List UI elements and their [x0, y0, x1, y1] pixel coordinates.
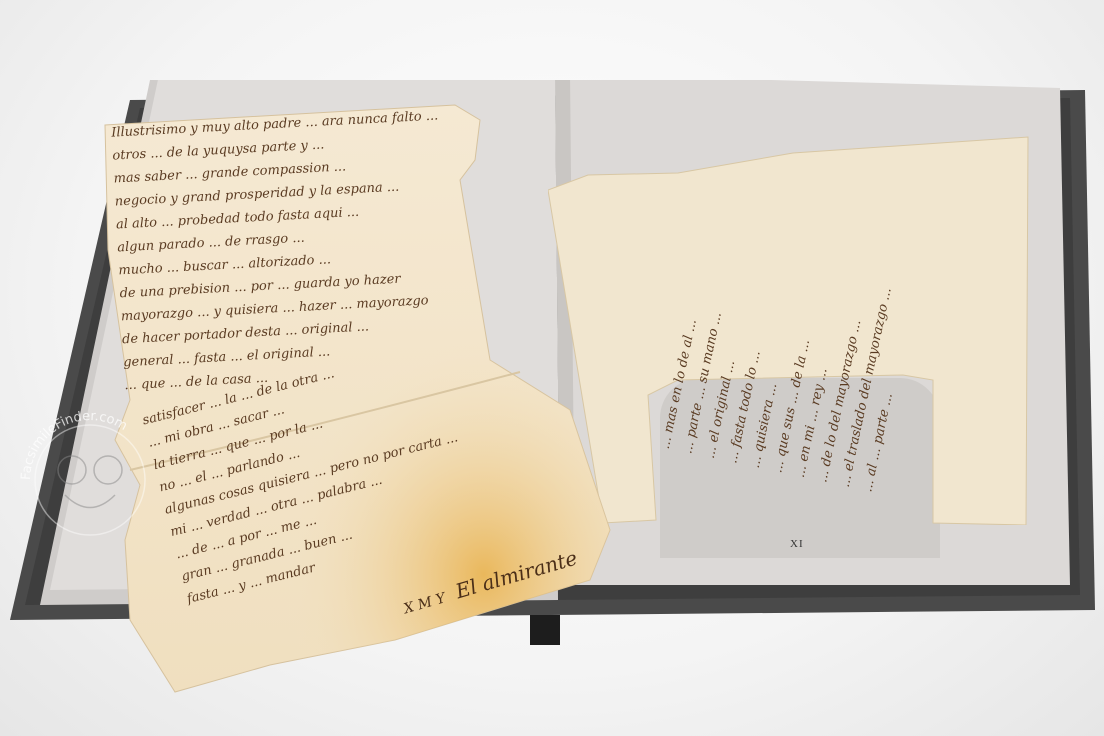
watermark-owl-logo-icon: FacsimileFinder.com [10, 400, 170, 560]
page-number: XI [790, 538, 804, 550]
